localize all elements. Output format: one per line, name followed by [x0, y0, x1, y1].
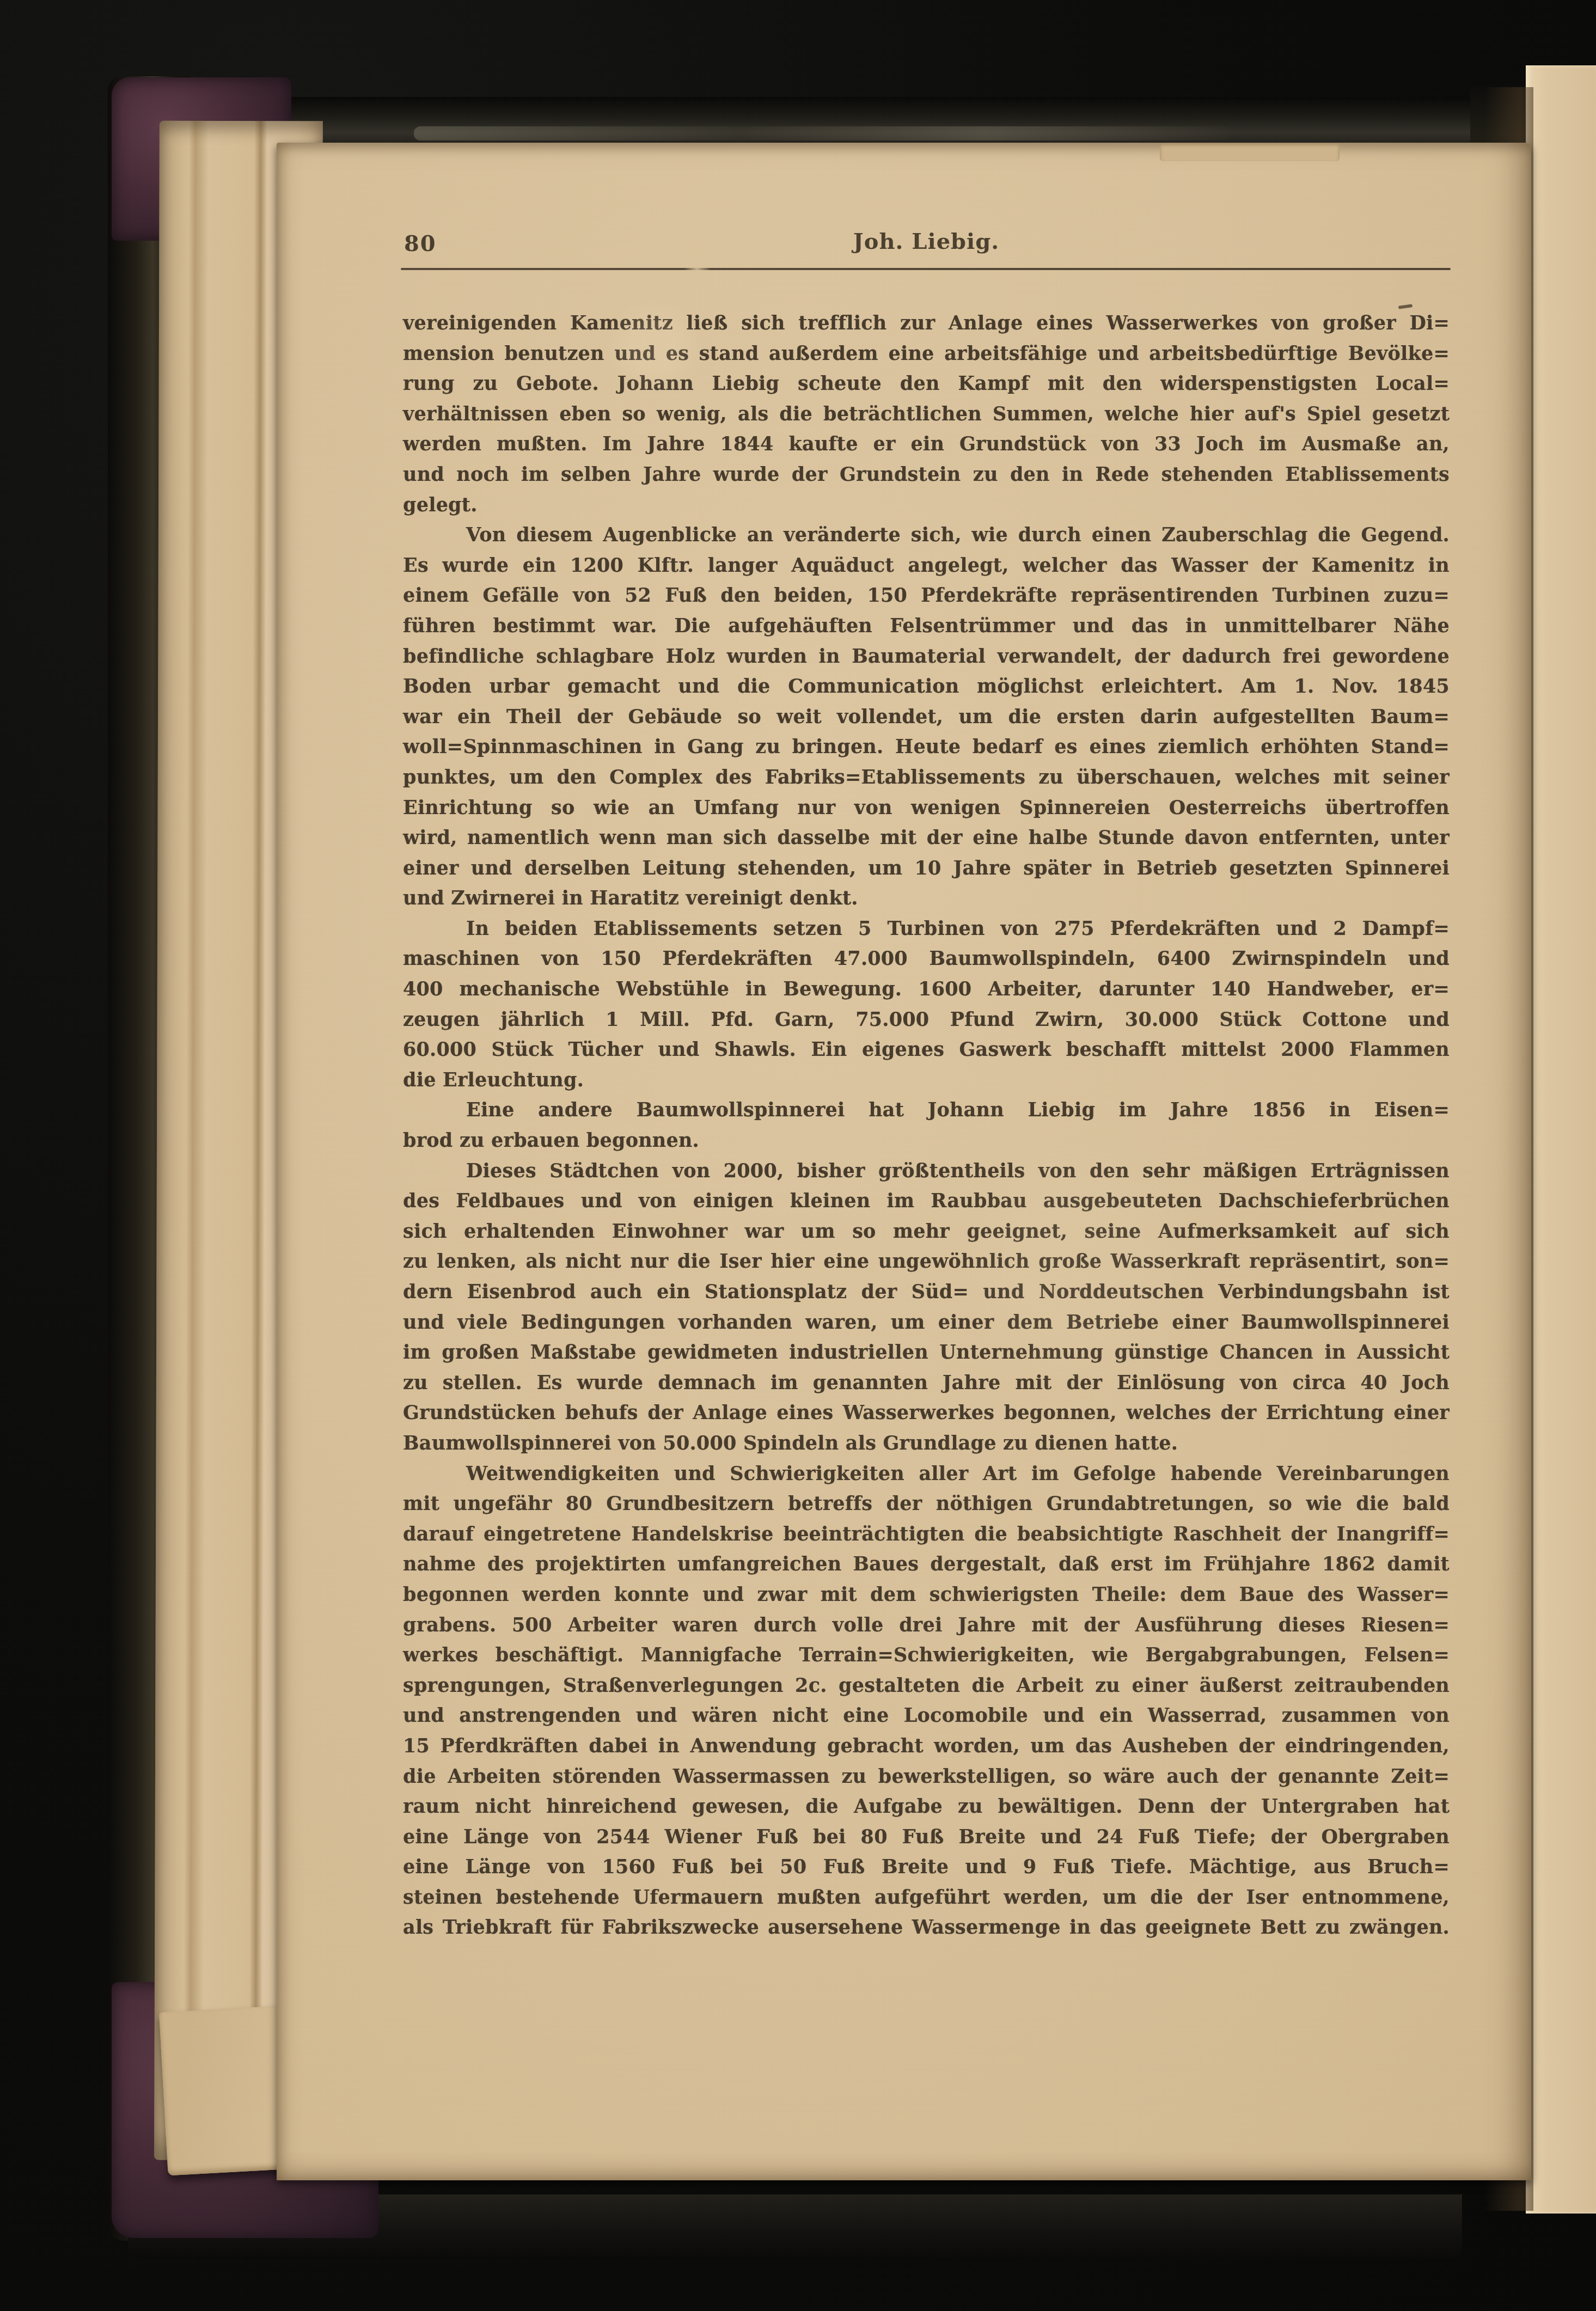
text-line: Von diesem Augenblicke an veränderte sic…: [403, 520, 1450, 551]
text-line: zu stellen. Es wurde demnach im genannte…: [403, 1368, 1450, 1398]
text-line: des Feldbaues und von einigen kleinen im…: [403, 1186, 1450, 1216]
text-line: führen bestimmt war. Die aufgehäuften Fe…: [403, 611, 1450, 641]
text-line: In beiden Etablissements setzen 5 Turbin…: [403, 914, 1450, 944]
text-line: darauf eingetretene Handelskrise beeintr…: [403, 1519, 1450, 1550]
text-line: grabens. 500 Arbeiter waren durch volle …: [403, 1610, 1450, 1641]
text-line: Dieses Städtchen von 2000, bisher größte…: [403, 1156, 1450, 1187]
text-line: einem Gefälle von 52 Fuß den beiden, 150…: [403, 580, 1450, 611]
text-line: 15 Pferdkräften dabei in Anwendung gebra…: [403, 1731, 1450, 1762]
text-line: eine Länge von 2544 Wiener Fuß bei 80 Fu…: [403, 1822, 1450, 1853]
text-line: und noch im selben Jahre wurde der Grund…: [403, 460, 1450, 490]
text-line: einer und derselben Leitung stehenden, u…: [403, 853, 1450, 884]
text-line: werkes beschäftigt. Mannigfache Terrain=…: [403, 1640, 1450, 1671]
book-page: 80 Joh. Liebig. vereinigenden Kamenitz l…: [277, 143, 1531, 2180]
under-page-top-edge: [1160, 143, 1340, 161]
header-rule: [401, 268, 1451, 270]
text-line: Boden urbar gemacht und die Communicatio…: [403, 671, 1450, 702]
text-line: Weitwendigkeiten und Schwierigkeiten all…: [403, 1459, 1450, 1489]
text-line: punktes, um den Complex des Fabriks=Etab…: [403, 762, 1450, 793]
text-line: 60.000 Stück Tücher und Shawls. Ein eige…: [403, 1035, 1450, 1065]
body-text: vereinigenden Kamenitz ließ sich treffli…: [403, 308, 1450, 1943]
book-photo: 80 Joh. Liebig. vereinigenden Kamenitz l…: [0, 0, 1596, 2311]
facing-page-surface: [1526, 65, 1596, 2214]
running-title: Joh. Liebig.: [403, 229, 1450, 254]
text-line: werden mußten. Im Jahre 1844 kaufte er e…: [403, 429, 1450, 460]
text-line: gelegt.: [403, 490, 1450, 521]
text-line: im großen Maßstabe gewidmeten industriel…: [403, 1337, 1450, 1368]
text-line: rung zu Gebote. Johann Liebig scheute de…: [403, 369, 1450, 399]
text-line: war ein Theil der Gebäude so weit vollen…: [403, 702, 1450, 732]
text-line: sich erhaltenden Einwohner war um so meh…: [403, 1216, 1450, 1247]
text-line: nahme des projektirten umfangreichen Bau…: [403, 1549, 1450, 1580]
text-line: wird, namentlich wenn man sich dasselbe …: [403, 823, 1450, 853]
text-line: steinen bestehende Ufermauern mußten auf…: [403, 1882, 1450, 1913]
text-line: dern Eisenbrod auch ein Stationsplatz de…: [403, 1277, 1450, 1307]
text-line: 400 mechanische Webstühle in Bewegung. 1…: [403, 974, 1450, 1005]
text-line: Baumwollspinnerei von 50.000 Spindeln al…: [403, 1428, 1450, 1459]
text-line: woll=Spinnmaschinen in Gang zu bringen. …: [403, 732, 1450, 762]
text-line: und viele Bedingungen vorhanden waren, u…: [403, 1307, 1450, 1338]
text-line: zu lenken, als nicht nur die Iser hier e…: [403, 1246, 1450, 1277]
text-line: die Arbeiten störenden Wassermassen zu b…: [403, 1762, 1450, 1792]
text-line: sprengungen, Straßenverlegungen 2c. gest…: [403, 1671, 1450, 1701]
text-line: und Zwirnerei in Haratitz vereinigt denk…: [403, 883, 1450, 914]
text-line: Grundstücken behufs der Anlage eines Was…: [403, 1398, 1450, 1428]
text-line: eine Länge von 1560 Fuß bei 50 Fuß Breit…: [403, 1852, 1450, 1882]
text-line: maschinen von 150 Pferdekräften 47.000 B…: [403, 944, 1450, 974]
text-line: Eine andere Baumwollspinnerei hat Johann…: [403, 1095, 1450, 1126]
text-line: verhältnissen eben so wenig, als die bet…: [403, 399, 1450, 430]
text-line: Einrichtung so wie an Umfang nur von wen…: [403, 793, 1450, 823]
text-line: zeugen jährlich 1 Mill. Pfd. Garn, 75.00…: [403, 1005, 1450, 1035]
text-line: brod zu erbauen begonnen.: [403, 1126, 1450, 1156]
text-line: begonnen werden konnte und zwar mit dem …: [403, 1580, 1450, 1610]
cover-glint: [414, 126, 1231, 140]
text-line: befindliche schlagbare Holz wurden in Ba…: [403, 641, 1450, 672]
text-line: vereinigenden Kamenitz ließ sich treffli…: [403, 308, 1450, 339]
text-line: und anstrengenden und wären nicht eine L…: [403, 1701, 1450, 1731]
text-line: Es wurde ein 1200 Klftr. langer Aquäduct…: [403, 551, 1450, 581]
text-line: mension benutzen und es stand außerdem e…: [403, 339, 1450, 369]
text-line: als Triebkraft für Fabrikszwecke auserse…: [403, 1912, 1450, 1943]
text-line: mit ungefähr 80 Grundbesitzern betreffs …: [403, 1489, 1450, 1519]
text-line: raum nicht hinreichend gewesen, die Aufg…: [403, 1792, 1450, 1822]
text-line: die Erleuchtung.: [403, 1065, 1450, 1096]
